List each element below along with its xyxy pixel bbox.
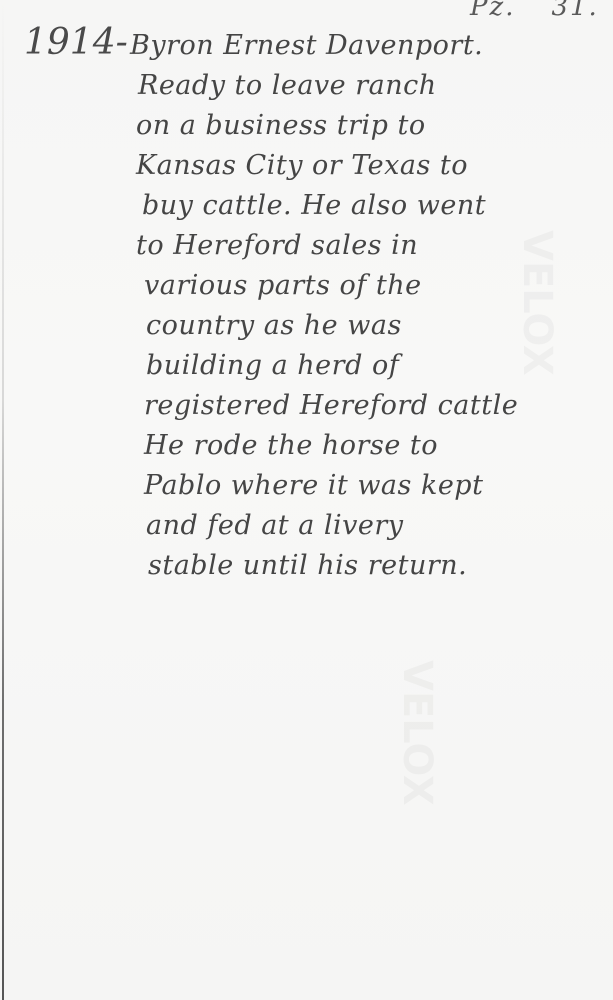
page-number: Pz.31. [470,0,599,22]
text-line: Pablo where it was kept [130,466,600,506]
text-line: and fed at a livery [130,506,600,546]
text-line: Kansas City or Texas to [130,146,600,186]
text-line: to Hereford sales in [130,226,600,266]
text-line: He rode the horse to [130,426,600,466]
handwritten-page: VELOX VELOX Pz.31. 1914- Byron Ernest Da… [0,0,613,1000]
text-line: buy cattle. He also went [130,186,600,226]
text-line: various parts of the [130,266,600,306]
paper-watermark-lower: VELOX [394,660,440,806]
text-line: stable until his return. [130,546,600,586]
text-line: country as he was [130,306,600,346]
page-number-value: 31. [551,0,598,22]
text-line: on a business trip to [130,106,600,146]
page-number-prefix: Pz. [470,0,515,22]
page-left-edge [2,0,4,1000]
entry-year: 1914- [24,22,128,63]
text-line: Ready to leave ranch [130,66,600,106]
text-line: Byron Ernest Davenport. [130,26,600,66]
text-line: registered Hereford cattle [130,386,600,426]
entry-text: Byron Ernest Davenport. Ready to leave r… [130,26,600,586]
text-line: building a herd of [130,346,600,386]
